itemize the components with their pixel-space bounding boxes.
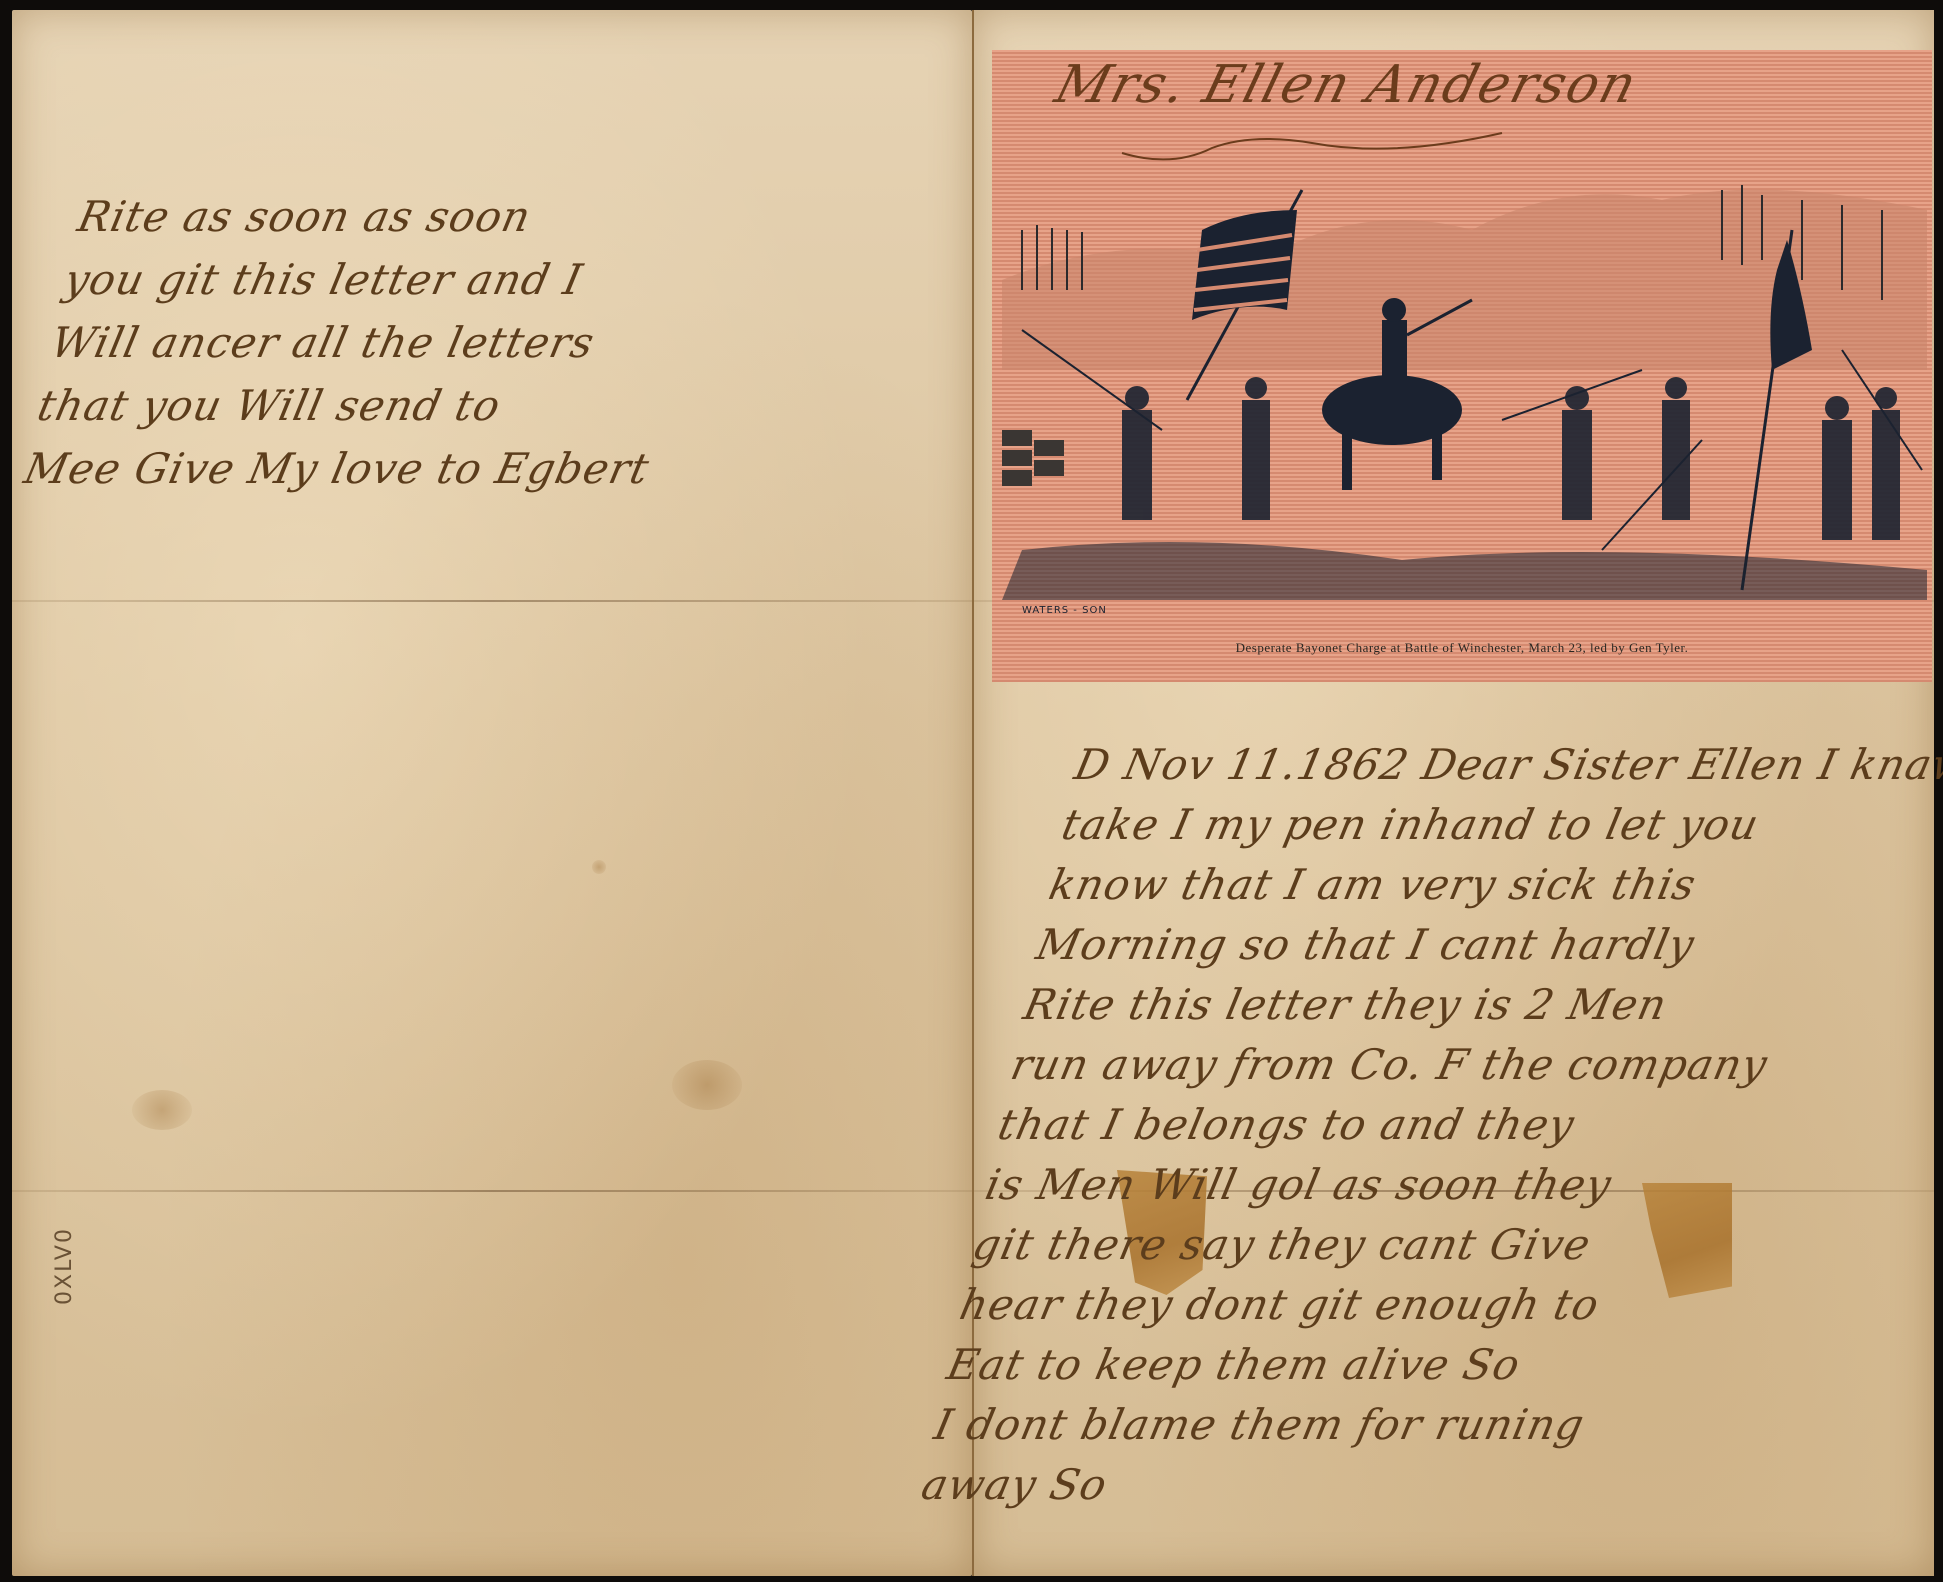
handwriting-line: is Men Will gol as soon they: [980, 1155, 1886, 1215]
handwriting-line: Eat to keep them alive So: [942, 1335, 1848, 1395]
handwriting-line: Rite this letter they is 2 Men: [1018, 975, 1924, 1035]
foxing-stain: [672, 1060, 742, 1110]
handwriting-line: Mee Give My love to Egbert: [19, 437, 656, 500]
flourish-icon: [1112, 128, 1512, 168]
foxing-stain: [132, 1090, 192, 1130]
fold-crease: [12, 600, 972, 602]
battle-engraving: [1002, 170, 1927, 630]
handwriting-line: Morning so that I cant hardly: [1031, 915, 1937, 975]
foxing-stain: [592, 860, 606, 874]
addressee-name: Mrs. Ellen Anderson: [1049, 55, 1644, 115]
handwriting-line: you git this letter and I: [59, 248, 696, 311]
right-page-handwriting: D Nov 11.1862 Dear Sister Ellen I knaw t…: [916, 735, 1943, 1515]
handwriting-line: that I belongs to and they: [993, 1095, 1899, 1155]
engraver-signature: WATERS - SON: [1022, 605, 1107, 616]
handwriting-line: take I my pen inhand to let you: [1056, 795, 1943, 855]
handwriting-line: I dont blame them for runing: [929, 1395, 1835, 1455]
right-page: Mrs. Ellen Anderson: [972, 10, 1934, 1576]
handwriting-line: D Nov 11.1862 Dear Sister Ellen I knaw: [1069, 735, 1943, 795]
handwriting-line: away So: [916, 1455, 1822, 1515]
left-page: Rite as soon as soon you git this letter…: [12, 10, 972, 1576]
handwriting-line: hear they dont git enough to: [954, 1275, 1860, 1335]
patriotic-letterhead: Mrs. Ellen Anderson: [992, 50, 1932, 682]
engraving-caption: Desperate Bayonet Charge at Battle of Wi…: [992, 640, 1932, 656]
handwriting-line: know that I am very sick this: [1044, 855, 1943, 915]
archival-annotation: 0XLV0: [52, 1227, 77, 1305]
handwriting-line: Rite as soon as soon: [72, 185, 709, 248]
handwriting-line: git there say they cant Give: [967, 1215, 1873, 1275]
handwriting-line: run away from Co. F the company: [1005, 1035, 1911, 1095]
handwriting-line: that you Will send to: [32, 374, 669, 437]
handwriting-line: Will ancer all the letters: [45, 311, 682, 374]
left-page-handwriting: Rite as soon as soon you git this letter…: [19, 185, 709, 500]
fold-crease: [12, 1190, 972, 1192]
